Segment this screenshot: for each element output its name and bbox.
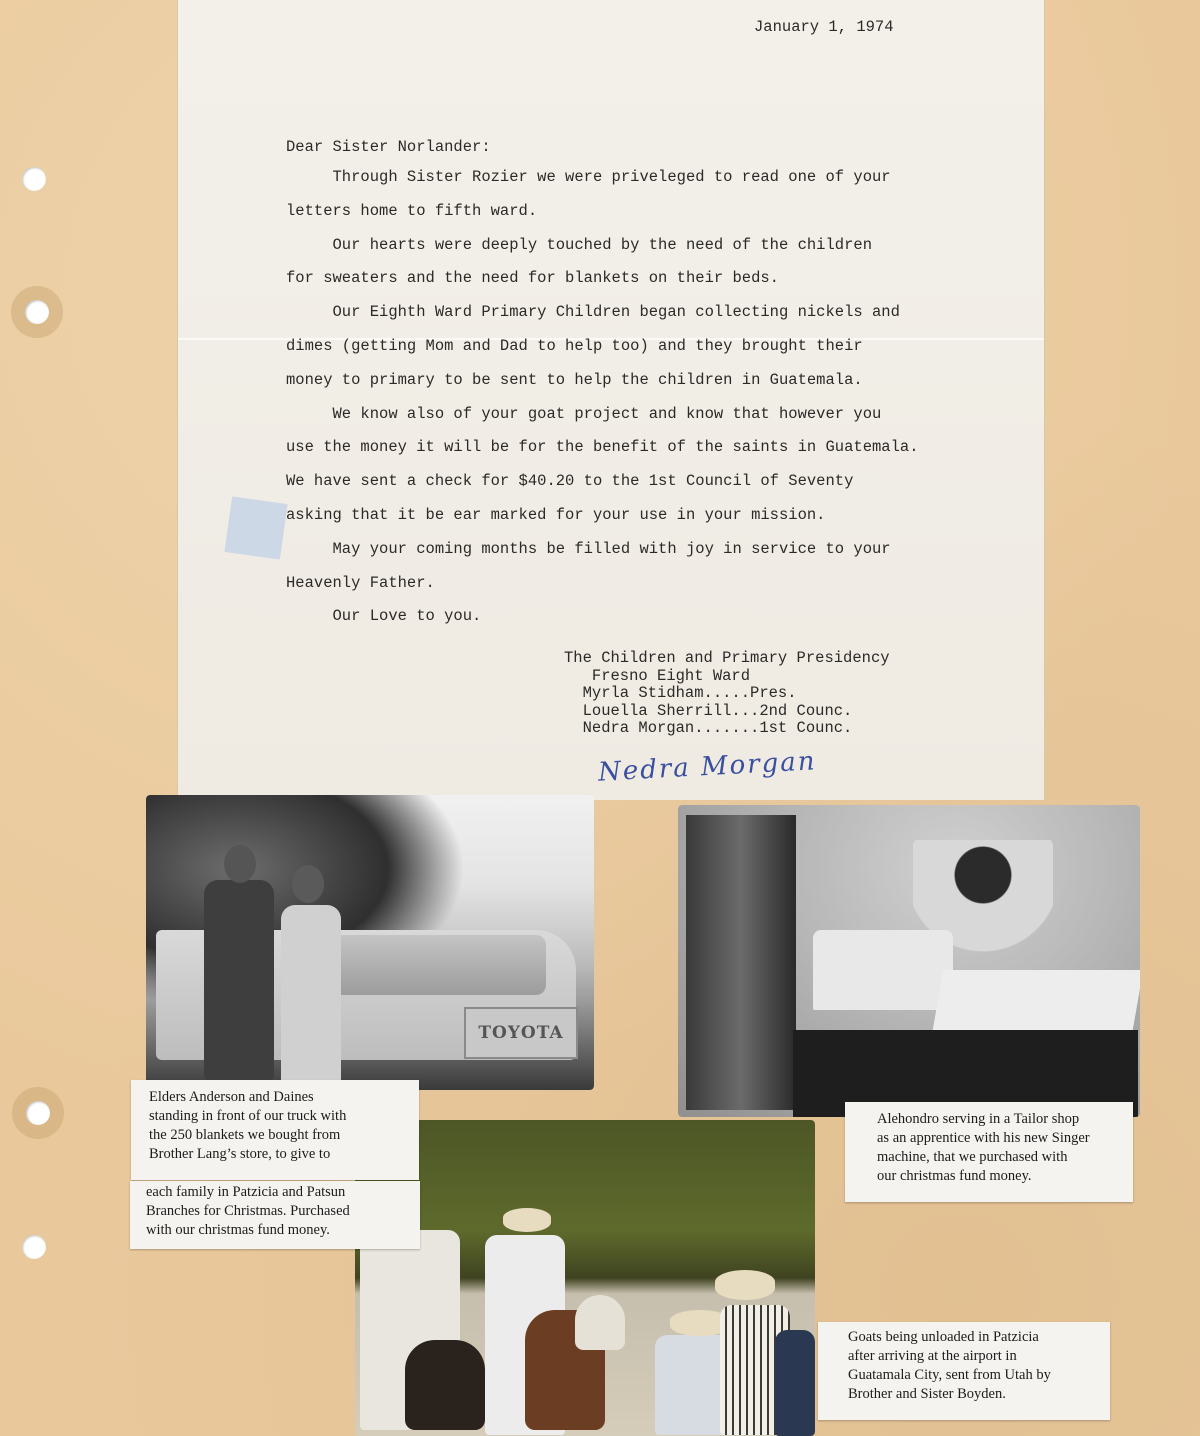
caption-line: Brother Lang’s store, to give to	[149, 1145, 409, 1164]
caption-line: Elders Anderson and Daines	[149, 1088, 409, 1107]
letter-line: We have sent a check for $40.20 to the 1…	[286, 472, 853, 490]
goat	[575, 1295, 625, 1350]
handwriting-bleedthrough	[558, 30, 565, 55]
sewing-machine	[813, 930, 953, 1010]
letter-salutation: Dear Sister Norlander:	[286, 138, 491, 156]
blue-paper-scrap	[224, 496, 287, 559]
letter-line: letters home to fifth ward.	[286, 202, 537, 220]
signature-line: Fresno Eight Ward	[564, 668, 890, 686]
fabric	[933, 970, 1140, 1030]
caption-tailor: Alehondro serving in a Tailor shopas an …	[845, 1102, 1133, 1202]
elder-head	[224, 845, 256, 883]
letter-line: May your coming months be filled with jo…	[286, 540, 891, 558]
signature-line: The Children and Primary Presidency	[564, 650, 890, 668]
caption-line: Goats being unloaded in Patzicia	[848, 1328, 1100, 1347]
letter-date: January 1, 1974	[754, 18, 894, 36]
letter-line: Through Sister Rozier we were priveleged…	[286, 168, 891, 186]
caption-line: machine, that we purchased with	[877, 1148, 1123, 1167]
letter-line: dimes (getting Mom and Dad to help too) …	[286, 337, 863, 355]
letter-line: asking that it be ear marked for your us…	[286, 506, 826, 524]
elder-figure	[204, 880, 274, 1080]
caption-line: each family in Patzicia and Patsun	[146, 1183, 410, 1202]
binder-hole	[22, 167, 46, 191]
photo-truck-blankets: TOYOTA	[146, 795, 594, 1090]
caption-line: the 250 blankets we bought from	[149, 1126, 409, 1145]
caption-line: Alehondro serving in a Tailor shop	[877, 1110, 1123, 1129]
man-figure	[775, 1330, 815, 1436]
caption-truck-part1: Elders Anderson and Dainesstanding in fr…	[131, 1080, 419, 1180]
letter-line: Heavenly Father.	[286, 574, 435, 592]
letter-line: Our hearts were deeply touched by the ne…	[286, 236, 872, 254]
handwritten-signature: Nedra Morgan	[597, 746, 817, 787]
caption-line: as an apprentice with his new Singer	[877, 1129, 1123, 1148]
caption-line: Brother and Sister Boyden.	[848, 1385, 1100, 1404]
caption-line: Guatamala City, sent from Utah by	[848, 1366, 1100, 1385]
photo-tailor-shop	[678, 805, 1140, 1117]
straw-hat	[503, 1208, 551, 1232]
caption-goats: Goats being unloaded in Patziciaafter ar…	[818, 1322, 1110, 1420]
letter-line: use the money it will be for the benefit…	[286, 438, 919, 456]
caption-line: our christmas fund money.	[877, 1167, 1123, 1186]
letter-line: money to primary to be sent to help the …	[286, 371, 863, 389]
letter-line: We know also of your goat project and kn…	[286, 405, 881, 423]
signature-line: Nedra Morgan.......1st Counc.	[564, 720, 890, 738]
letter-line: for sweaters and the need for blankets o…	[286, 269, 779, 287]
elder-head	[292, 865, 324, 903]
binder-hole	[25, 300, 49, 324]
binder-hole	[26, 1101, 50, 1125]
hanging-clothes	[686, 815, 796, 1110]
signature-line: Myrla Stidham.....Pres.	[564, 685, 890, 703]
letter-line: Our Love to you.	[286, 607, 481, 625]
caption-truck-part2: each family in Patzicia and PatsunBranch…	[130, 1181, 420, 1249]
photo-goats-unloading	[355, 1120, 815, 1436]
letter-line: Our Eighth Ward Primary Children began c…	[286, 303, 900, 321]
binder-hole	[22, 1235, 46, 1259]
signature-line: Louella Sherrill...2nd Counc.	[564, 703, 890, 721]
signature-block: The Children and Primary Presidency Fres…	[564, 650, 890, 738]
caption-line: Branches for Christmas. Purchased	[146, 1202, 410, 1221]
goat	[405, 1340, 485, 1430]
caption-line: standing in front of our truck with	[149, 1107, 409, 1126]
typed-letter: January 1, 1974 Dear Sister Norlander: T…	[178, 0, 1044, 800]
elder-figure	[281, 905, 341, 1085]
straw-hat	[715, 1270, 775, 1300]
caption-line: with our christmas fund money.	[146, 1221, 410, 1240]
truck-tailgate: TOYOTA	[464, 1007, 578, 1059]
caption-line: after arriving at the airport in	[848, 1347, 1100, 1366]
blanket-load	[316, 935, 546, 995]
